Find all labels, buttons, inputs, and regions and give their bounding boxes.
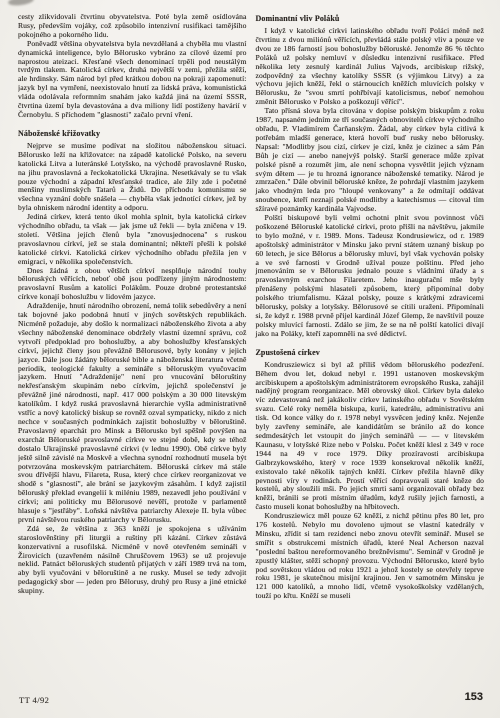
left-column: cesty zlikvidovali čtvrtinu obyvatelstva… [18, 13, 247, 673]
paragraph-62-priests: Kondrusziewicz měl pouze 62 kněží, z nic… [256, 512, 485, 601]
paragraph-adrazdenije: Adraždenije, hnutí národního obrození, n… [18, 302, 247, 525]
right-column: Dominantní vliv Poláků I když v katolick… [256, 13, 485, 673]
paragraph-continuation: cesty zlikvidovali čtvrtinu obyvatelstva… [18, 13, 247, 40]
text-columns: cesty zlikvidovali čtvrtinu obyvatelstva… [18, 13, 484, 673]
paragraph-situation: Nejprve se musíme podívat na složitou ná… [18, 142, 247, 213]
paragraph-atheization: Poněvadž většina obyvatelstva byla nevzd… [18, 40, 247, 120]
paragraph-seminary: Zdá se, že většina z 363 kněží je spokoj… [18, 525, 247, 596]
page: cesty zlikvidovali čtvrtinu obyvatelstva… [0, 0, 500, 718]
scan-artifact [8, 0, 35, 7]
page-number: 153 [465, 691, 483, 703]
paragraph-devastation: Kondrusziewicz si byl až příliš vědom bě… [256, 361, 485, 512]
journal-issue-label: TT 4/92 [19, 695, 49, 705]
paragraph-polish-bishops: Polští biskupové byli velmi ochotni plni… [256, 214, 485, 339]
paragraph-uniate-church: Jediná církev, která tento úkol mohla sp… [18, 213, 247, 266]
paragraph-today: Dnes žádná z obou větších církví nesplňu… [18, 267, 247, 303]
paragraph-polish-influence: I když v katolické církvi latinského obř… [256, 27, 485, 107]
section-heading-polish-influence: Dominantní vliv Poláků [256, 14, 485, 23]
section-heading-crossroads: Náboženské křižovatky [18, 129, 247, 138]
paragraph-letter-1987: Tato přísná slova byla citována v dopise… [256, 107, 485, 214]
section-heading-devastated-church: Zpustošená církev [256, 348, 485, 357]
